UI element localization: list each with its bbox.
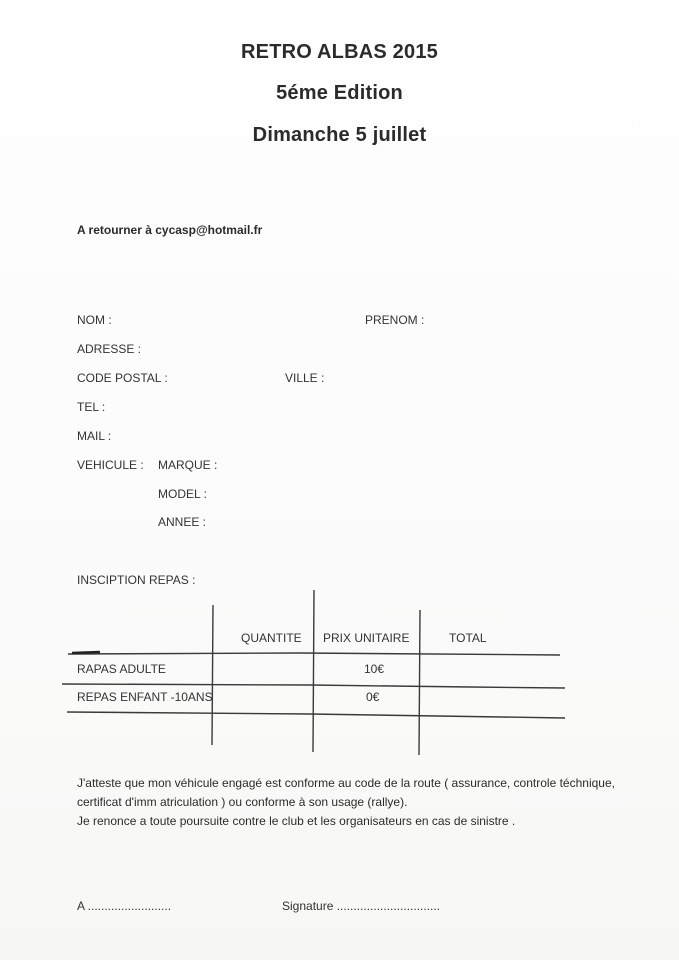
row-adult-price: 10€ xyxy=(364,662,384,676)
marque-label: MARQUE : xyxy=(158,458,217,472)
meal-section-label: INSCIPTION REPAS : xyxy=(77,573,195,587)
prenom-label: PRENOM : xyxy=(365,313,424,327)
attestation-line: certificat d'imm atriculation ) ou confo… xyxy=(77,793,647,812)
signature-field: Signature ..............................… xyxy=(282,899,440,913)
return-instruction: A retourner à cycasp@hotmail.fr xyxy=(77,223,262,237)
row-adult-label: RAPAS ADULTE xyxy=(77,662,166,676)
nom-label: NOM : xyxy=(77,313,112,327)
col-header-total: TOTAL xyxy=(449,631,487,645)
ville-label: VILLE : xyxy=(285,371,324,385)
vehicule-label: VEHICULE : xyxy=(77,458,144,472)
attestation-text: J'atteste que mon véhicule engagé est co… xyxy=(77,774,647,831)
col-header-quantite: QUANTITE xyxy=(241,631,302,645)
annee-label: ANNEE : xyxy=(158,515,206,529)
event-edition: 5éme Edition xyxy=(0,82,679,105)
model-label: MODEL : xyxy=(158,487,207,501)
col-header-prix-unitaire: PRIX UNITAIRE xyxy=(323,631,409,645)
attestation-line: Je renonce a toute poursuite contre le c… xyxy=(77,812,647,831)
event-date: Dimanche 5 juillet xyxy=(0,124,679,147)
row-child-label: REPAS ENFANT -10ANS xyxy=(77,690,213,704)
row-child-price: 0€ xyxy=(366,690,379,704)
event-title: RETRO ALBAS 2015 xyxy=(0,41,679,64)
place-field: A ......................... xyxy=(77,899,171,913)
scanned-form-page: RETRO ALBAS 2015 5éme Edition Dimanche 5… xyxy=(0,0,679,960)
tel-label: TEL : xyxy=(77,400,105,414)
attestation-line: J'atteste que mon véhicule engagé est co… xyxy=(77,774,647,793)
code-postal-label: CODE POSTAL : xyxy=(77,371,168,385)
adresse-label: ADRESSE : xyxy=(77,342,141,356)
mail-label: MAIL : xyxy=(77,429,111,443)
